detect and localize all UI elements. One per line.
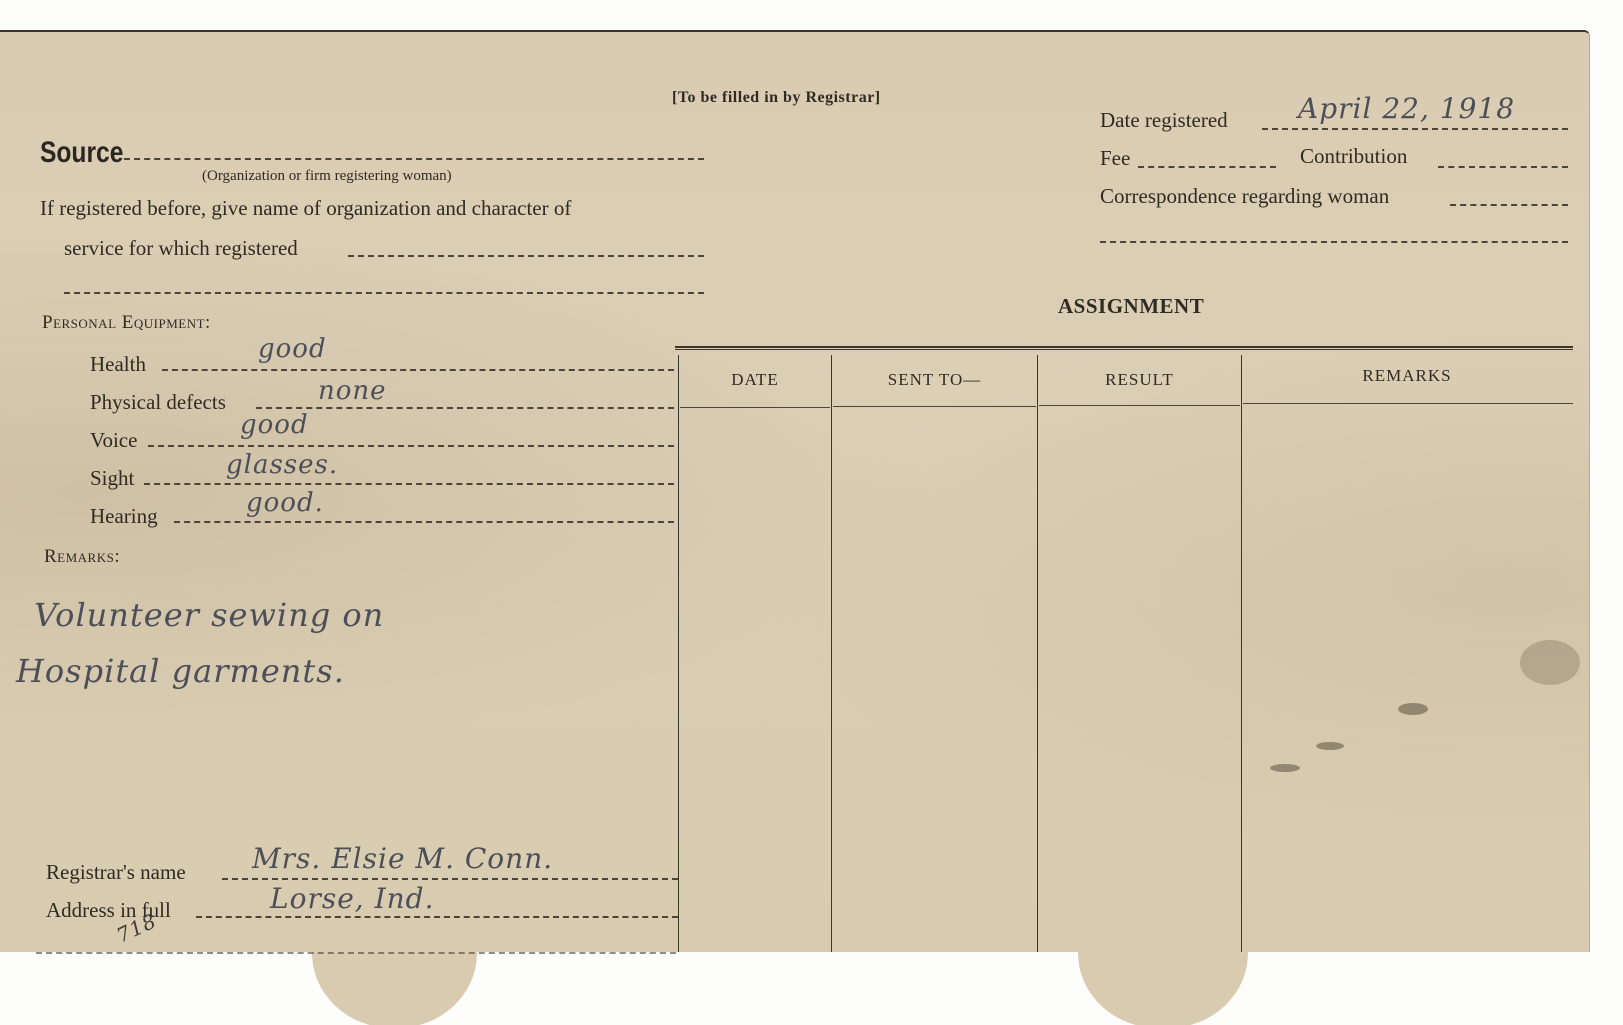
voice-label: Voice xyxy=(90,428,137,453)
registrar-name-label: Registrar's name xyxy=(46,860,186,885)
previous-registration-label: If registered before, give name of organ… xyxy=(40,196,571,221)
correspondence-field-2[interactable] xyxy=(1100,241,1568,243)
fee-field[interactable] xyxy=(1138,166,1276,168)
personal-equipment-heading: Personal Equipment: xyxy=(42,312,211,334)
header-underline-result xyxy=(1039,405,1240,406)
source-label: Source xyxy=(40,136,123,170)
contribution-field[interactable] xyxy=(1438,166,1568,168)
date-registered-label: Date registered xyxy=(1100,108,1228,133)
sight-value: glasses. xyxy=(226,450,338,480)
hearing-value: good. xyxy=(246,488,324,518)
correspondence-field[interactable] xyxy=(1450,204,1568,206)
health-value: good xyxy=(258,334,327,364)
assignment-title: ASSIGNMENT xyxy=(1058,294,1204,319)
bottom-rule xyxy=(36,952,676,954)
remarks-line-2: Hospital garments. xyxy=(16,652,345,690)
date-registered-field[interactable] xyxy=(1262,128,1568,130)
remarks-line-1: Volunteer sewing on xyxy=(34,596,384,634)
header-note: [To be filled in by Registrar] xyxy=(672,89,881,107)
hearing-field[interactable] xyxy=(174,521,674,523)
assignment-top-rule xyxy=(675,346,1573,350)
source-field[interactable] xyxy=(124,158,704,160)
card-tab-right xyxy=(1078,948,1248,1025)
previous-registration-label-2: service for which registered xyxy=(64,236,298,261)
column-header-remarks: REMARKS xyxy=(1242,366,1572,386)
previous-registration-field[interactable] xyxy=(348,255,704,257)
header-underline-date xyxy=(680,407,830,408)
fee-label: Fee xyxy=(1100,146,1130,171)
registrar-name-field[interactable] xyxy=(222,878,678,880)
health-label: Health xyxy=(90,352,146,377)
voice-field[interactable] xyxy=(148,445,674,447)
column-header-date: DATE xyxy=(679,370,831,390)
previous-registration-field-2[interactable] xyxy=(64,292,704,294)
column-header-sent-to: SENT TO— xyxy=(832,370,1037,390)
physical-defects-field[interactable] xyxy=(256,407,674,409)
address-field[interactable] xyxy=(196,916,678,918)
sight-label: Sight xyxy=(90,466,134,491)
physical-defects-value: none xyxy=(318,376,387,406)
health-field[interactable] xyxy=(162,369,674,371)
card-tab-left xyxy=(312,948,477,1025)
ink-stain xyxy=(1316,742,1344,750)
ink-stain xyxy=(1520,640,1580,685)
header-underline-remarks xyxy=(1243,403,1573,404)
physical-defects-label: Physical defects xyxy=(90,390,226,415)
column-header-result: RESULT xyxy=(1038,370,1241,390)
sight-field[interactable] xyxy=(144,483,674,485)
header-underline-sent-to xyxy=(833,406,1036,407)
date-registered-value: April 22, 1918 xyxy=(1298,92,1515,125)
source-sublabel: (Organization or firm registering woman) xyxy=(202,168,452,185)
registrar-name-value: Mrs. Elsie M. Conn. xyxy=(252,842,553,875)
hearing-label: Hearing xyxy=(90,504,158,529)
remarks-heading: Remarks: xyxy=(44,546,120,568)
ink-stain xyxy=(1398,703,1428,715)
cell-date[interactable] xyxy=(679,410,831,950)
voice-value: good xyxy=(240,410,309,440)
address-value: Lorse, Ind. xyxy=(270,882,435,915)
correspondence-label: Correspondence regarding woman xyxy=(1100,184,1389,209)
cell-result[interactable] xyxy=(1038,410,1241,950)
contribution-label: Contribution xyxy=(1300,144,1407,169)
cell-sent-to[interactable] xyxy=(832,410,1037,950)
ink-stain xyxy=(1270,764,1300,772)
